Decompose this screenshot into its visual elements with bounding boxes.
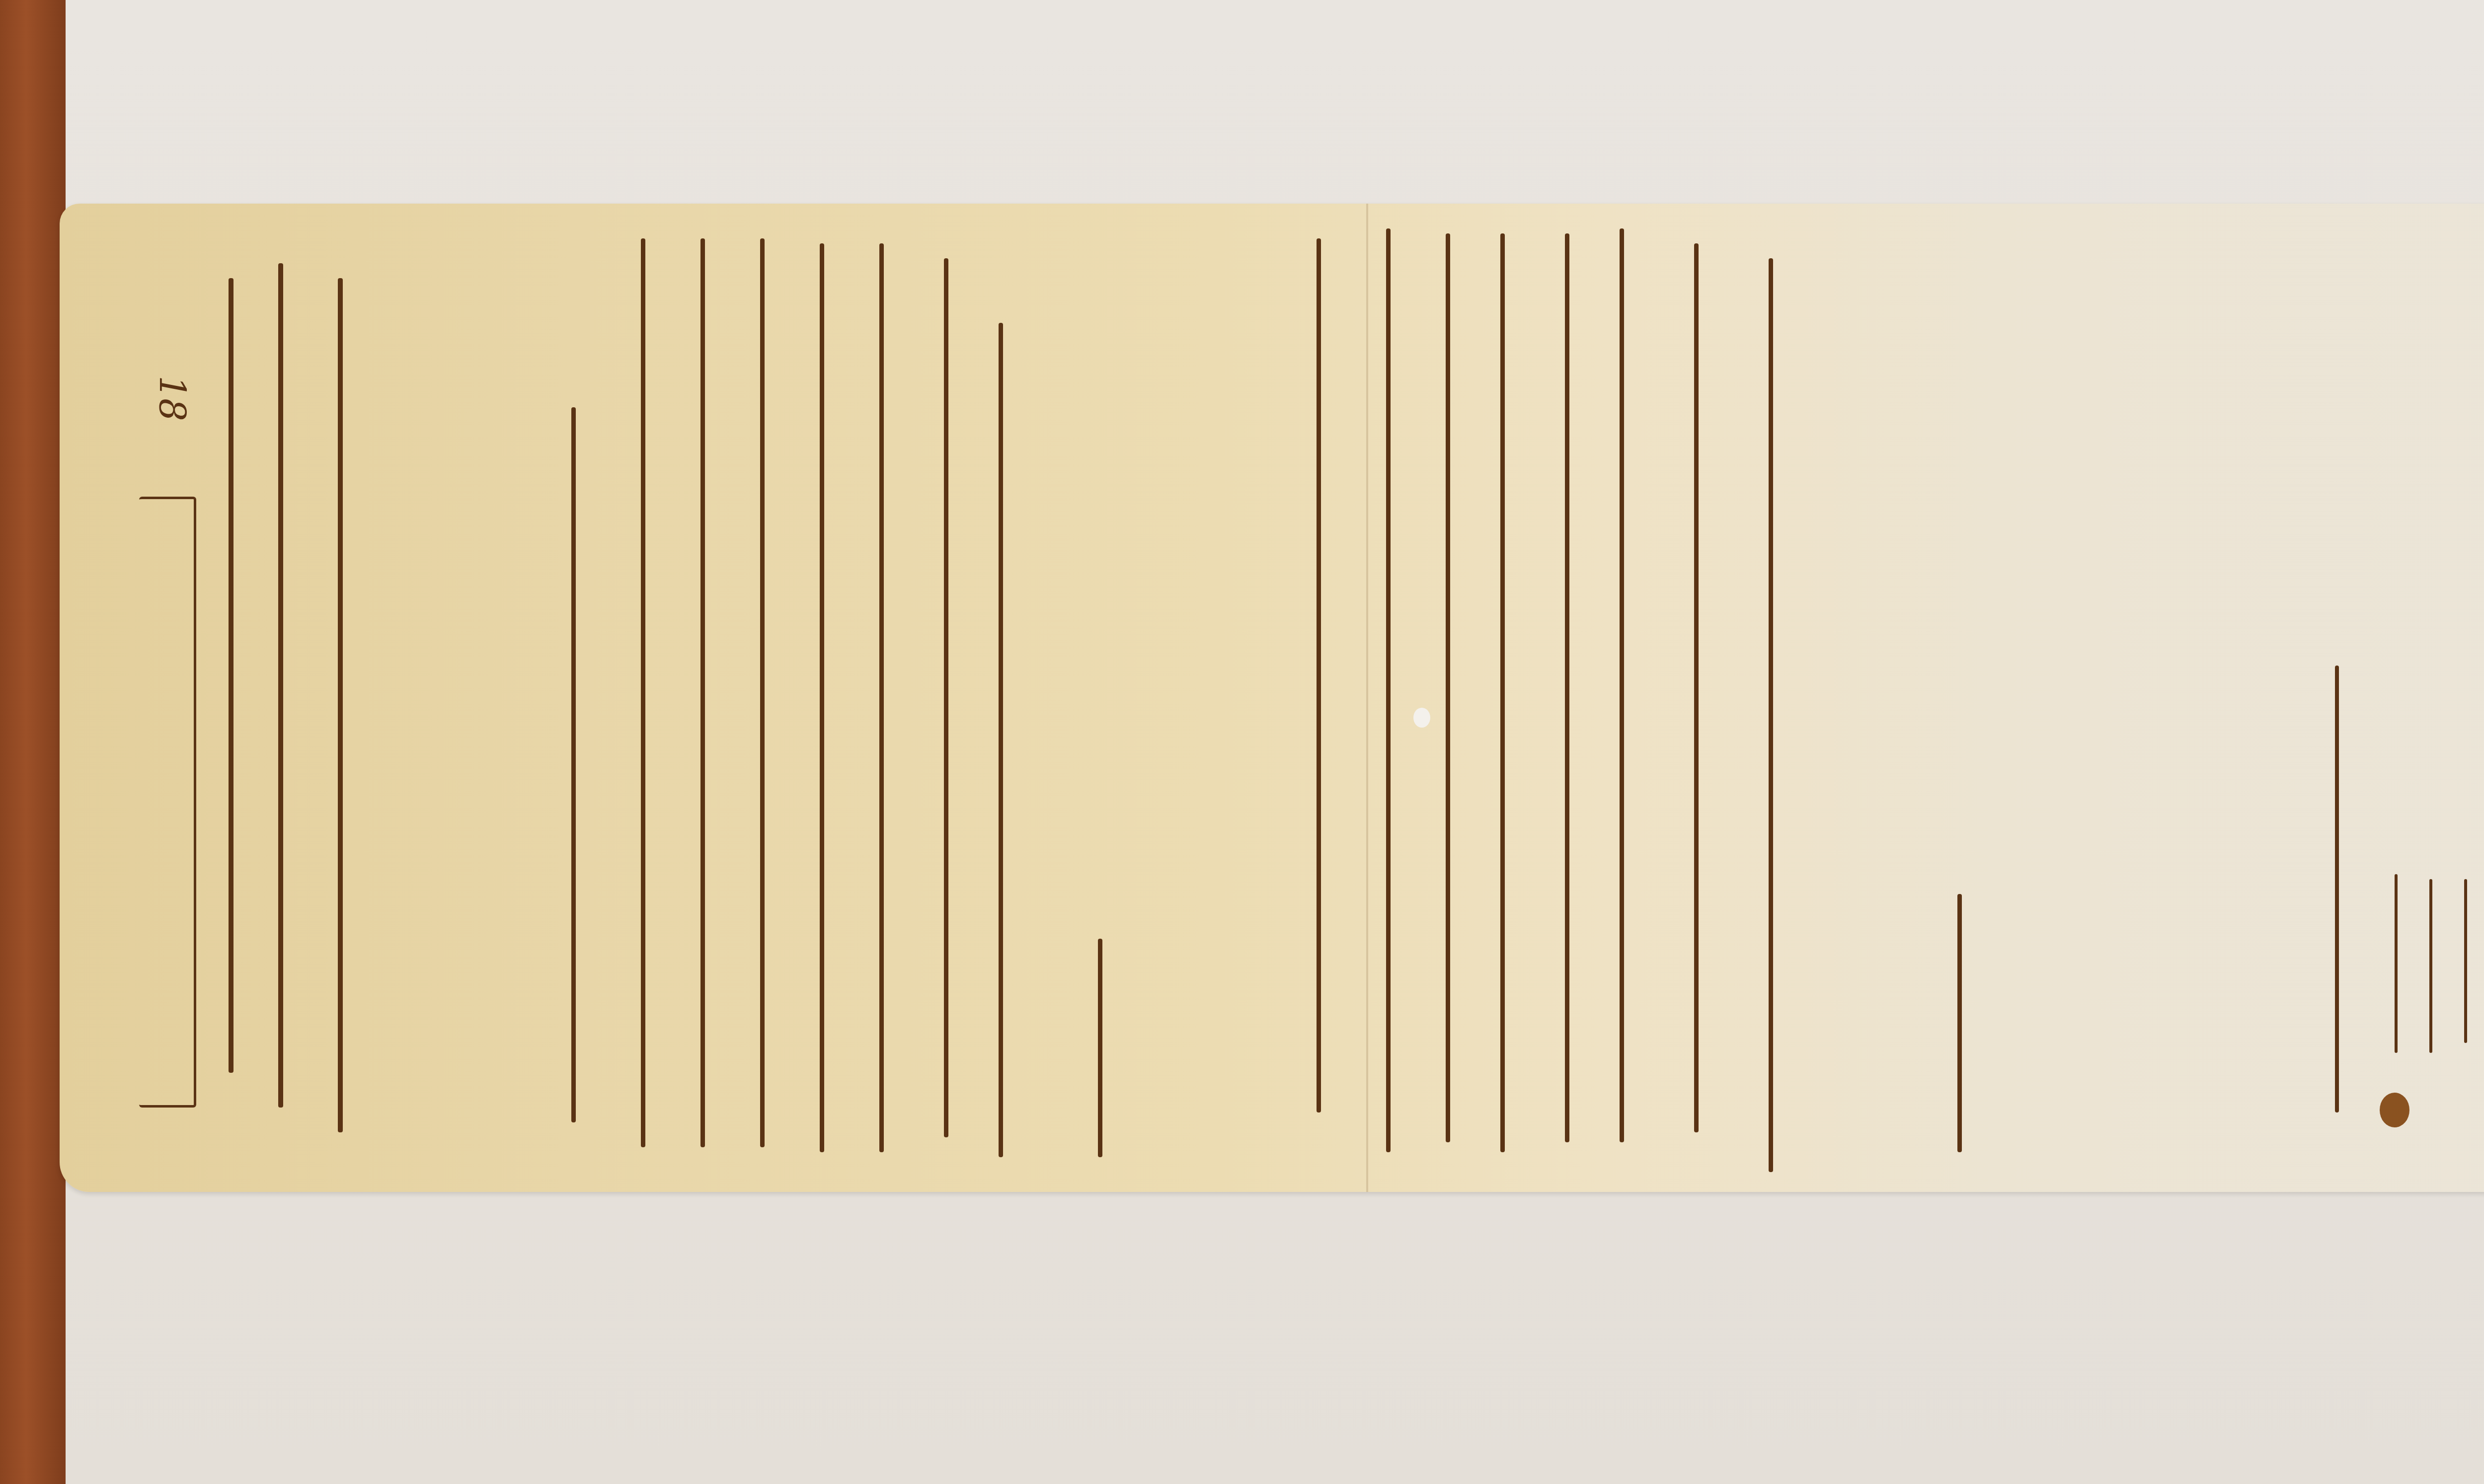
handwriting-line [641,238,645,1147]
fold-line [1366,204,1368,1192]
handwriting-line [229,278,233,1073]
annotation-stroke [2464,879,2467,1043]
annotation-stroke [2429,879,2432,1053]
handwriting-line [944,258,948,1137]
handwriting-line [1098,939,1102,1157]
annotation-stroke [2395,874,2398,1053]
handwriting-line [820,243,824,1152]
handwriting-line [278,263,283,1108]
handwriting-line [1500,233,1505,1152]
handwriting-line [1694,243,1699,1132]
handwriting-line [1386,228,1391,1152]
ink-blot [2380,1093,2409,1127]
paper-hole [1413,708,1430,728]
wooden-surface [0,0,66,1484]
handwriting-line [1957,894,1962,1152]
signature-stroke [2335,666,2339,1113]
handwriting-line [1317,238,1321,1113]
handwriting-line [1769,258,1773,1172]
folio-number: 18 [151,375,193,421]
handwriting-line [338,278,343,1132]
boxed-heading [139,497,196,1108]
handwriting-line [700,238,705,1147]
handwriting-line [1446,233,1450,1142]
handwriting-line [760,238,765,1147]
handwriting-line [1620,228,1624,1142]
manuscript-sheet [60,204,2484,1192]
handwriting-line [1565,233,1569,1142]
handwriting-line [571,407,576,1122]
handwriting-line [999,323,1003,1157]
handwriting-line [879,243,884,1152]
